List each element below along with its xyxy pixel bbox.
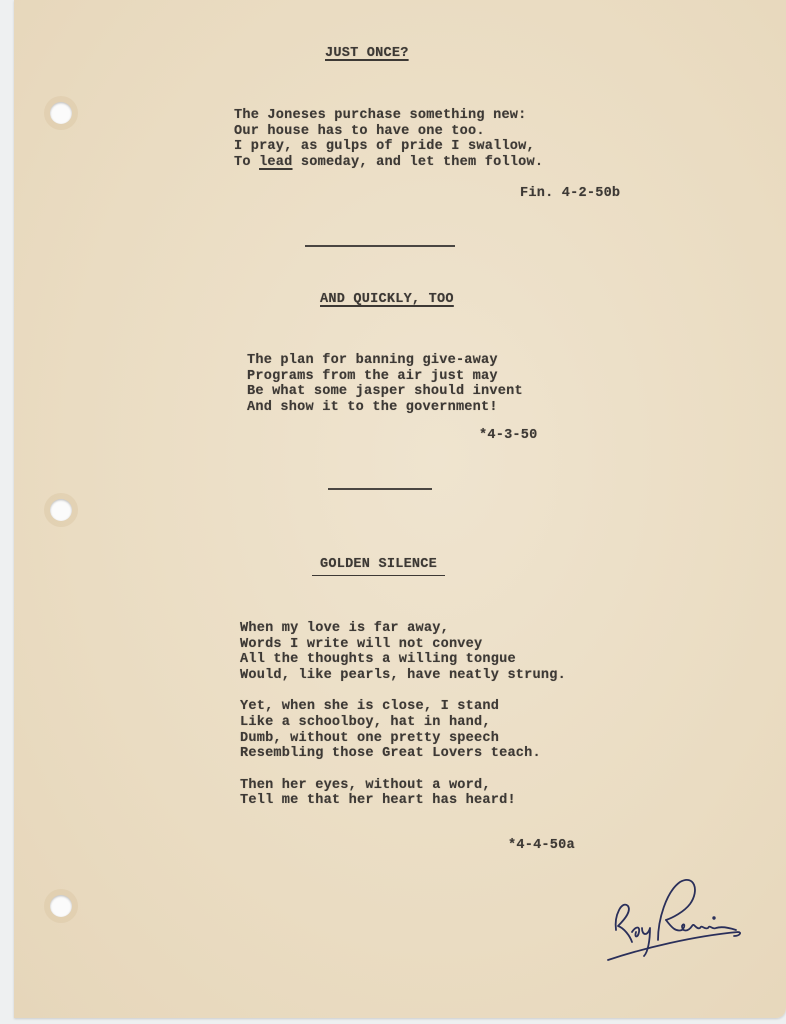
poem-2-body: The plan for banning give-awayPrograms f… [247,353,523,415]
poem-line: I pray, as gulps of pride I swallow, [234,139,543,155]
stanza: When my love is far away,Words I write w… [240,621,566,683]
poem-line: Our house has to have one too. [234,124,543,140]
poem-line: And show it to the government! [247,400,523,416]
stanza: Then her eyes, without a word,Tell me th… [240,778,566,809]
poem-1-title: JUST ONCE? [325,46,409,62]
poem-line: To lead someday, and let them follow. [234,155,543,171]
line-end: someday, and let them follow. [293,155,544,170]
punch-hole-top [50,102,72,124]
poem-line: Be what some jasper should invent [247,384,523,400]
poem-line: The plan for banning give-away [247,353,523,369]
typed-page: JUST ONCE? The Joneses purchase somethin… [14,0,786,1018]
poem-3-date: *4-4-50a [508,838,575,854]
section-divider [305,245,455,247]
poem-1-body: The Joneses purchase something new:Our h… [234,108,543,170]
poem-line: Words I write will not convey [240,637,566,653]
poem-line: Yet, when she is close, I stand [240,699,566,715]
punch-hole-middle [50,499,72,521]
underlined-word: lead [259,155,292,170]
line-start: To [234,155,259,170]
poem-2-title: AND QUICKLY, TOO [320,292,454,308]
stanza: Yet, when she is close, I standLike a sc… [240,699,566,761]
poem-line: Would, like pearls, have neatly strung. [240,668,566,684]
poem-2-date: *4-3-50 [479,428,538,444]
poem-line: Then her eyes, without a word, [240,778,566,794]
poem-line: Dumb, without one pretty speech [240,731,566,747]
poem-line: When my love is far away, [240,621,566,637]
poem-line: All the thoughts a willing tongue [240,652,566,668]
poem-1-date: Fin. 4-2-50b [520,186,620,202]
poem-line: Programs from the air just may [247,369,523,385]
handwritten-signature: Ray Romine [604,870,744,970]
poem-line: Like a schoolboy, hat in hand, [240,715,566,731]
poem-3-title: GOLDEN SILENCE [312,557,445,576]
poem-3-body: When my love is far away,Words I write w… [240,621,566,809]
poem-line: The Joneses purchase something new: [234,108,543,124]
punch-hole-bottom [50,895,72,917]
poem-line: Resembling those Great Lovers teach. [240,746,566,762]
poem-line: Tell me that her heart has heard! [240,793,566,809]
section-divider [328,488,432,490]
